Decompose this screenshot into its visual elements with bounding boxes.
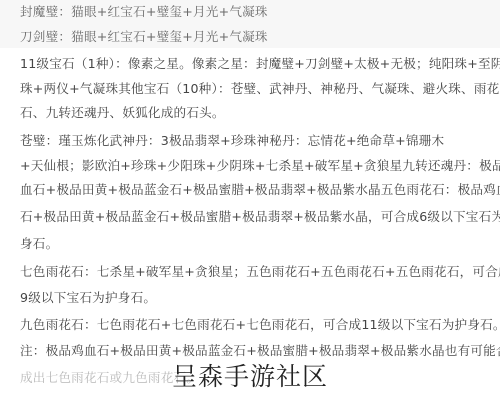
text-line-jiuse-yuhuashi: 九色雨花石：七色雨花石+七色雨花石+七色雨花石，可合成11级以下宝石为护身石。 [20, 317, 500, 333]
text-line-daojianbi: 刀剑璧：猫眼+红宝石+璧玺+月光+气凝珠 [20, 29, 268, 45]
text-line-note: 注：极品鸡血石+极品田黄+极品蓝金石+极品蜜腊+极品翡翠+极品紫水晶也有可能合 [20, 343, 500, 359]
text-line-qise-yuhuashi: 七色雨花石：七杀星+破军星+贪狼星；五色雨花石+五色雨花石+五色雨花石，可合成 [20, 264, 500, 280]
text-line: 珠+两仪+气凝珠其他宝石（10种）：苍璧、武神丹、神秘丹、气凝珠、避火珠、雨花 [20, 81, 499, 97]
watermark: 呈森手游社区 [172, 362, 328, 392]
text-line-cangbi: 苍璧：瑾玉炼化武神丹：3极品翡翠+珍珠神秘丹：忘情花+绝命草+锦珊木 [20, 133, 444, 149]
text-line-fengmobi: 封魔璧：猫眼+红宝石+璧玺+月光+气凝珠 [20, 4, 268, 20]
text-line: 石+极品田黄+极品蓝金石+极品蜜腊+极品翡翠+极品紫水晶，可合成6级以下宝石为护 [20, 209, 500, 225]
text-line: 9级以下宝石为护身石。 [20, 290, 156, 306]
text-line: +天仙根；影欧泊+珍珠+少阳珠+少阴珠+七杀星+破军星+贪狼星九转还魂丹：极品鸡 [20, 158, 500, 174]
text-line: 石、九转还魂丹、妖狐化成的石头。 [20, 105, 225, 121]
text-line: 血石+极品田黄+极品蓝金石+极品蜜腊+极品翡翠+极品紫水晶五色雨花石：极品鸡血 [20, 182, 500, 198]
text-line-level11-gem: 11级宝石（1种）：像素之星。像素之星：封魔璧+刀剑璧+太极+无极；纯阳珠+至阴 [20, 56, 500, 72]
text-line: 身石。 [20, 236, 58, 252]
